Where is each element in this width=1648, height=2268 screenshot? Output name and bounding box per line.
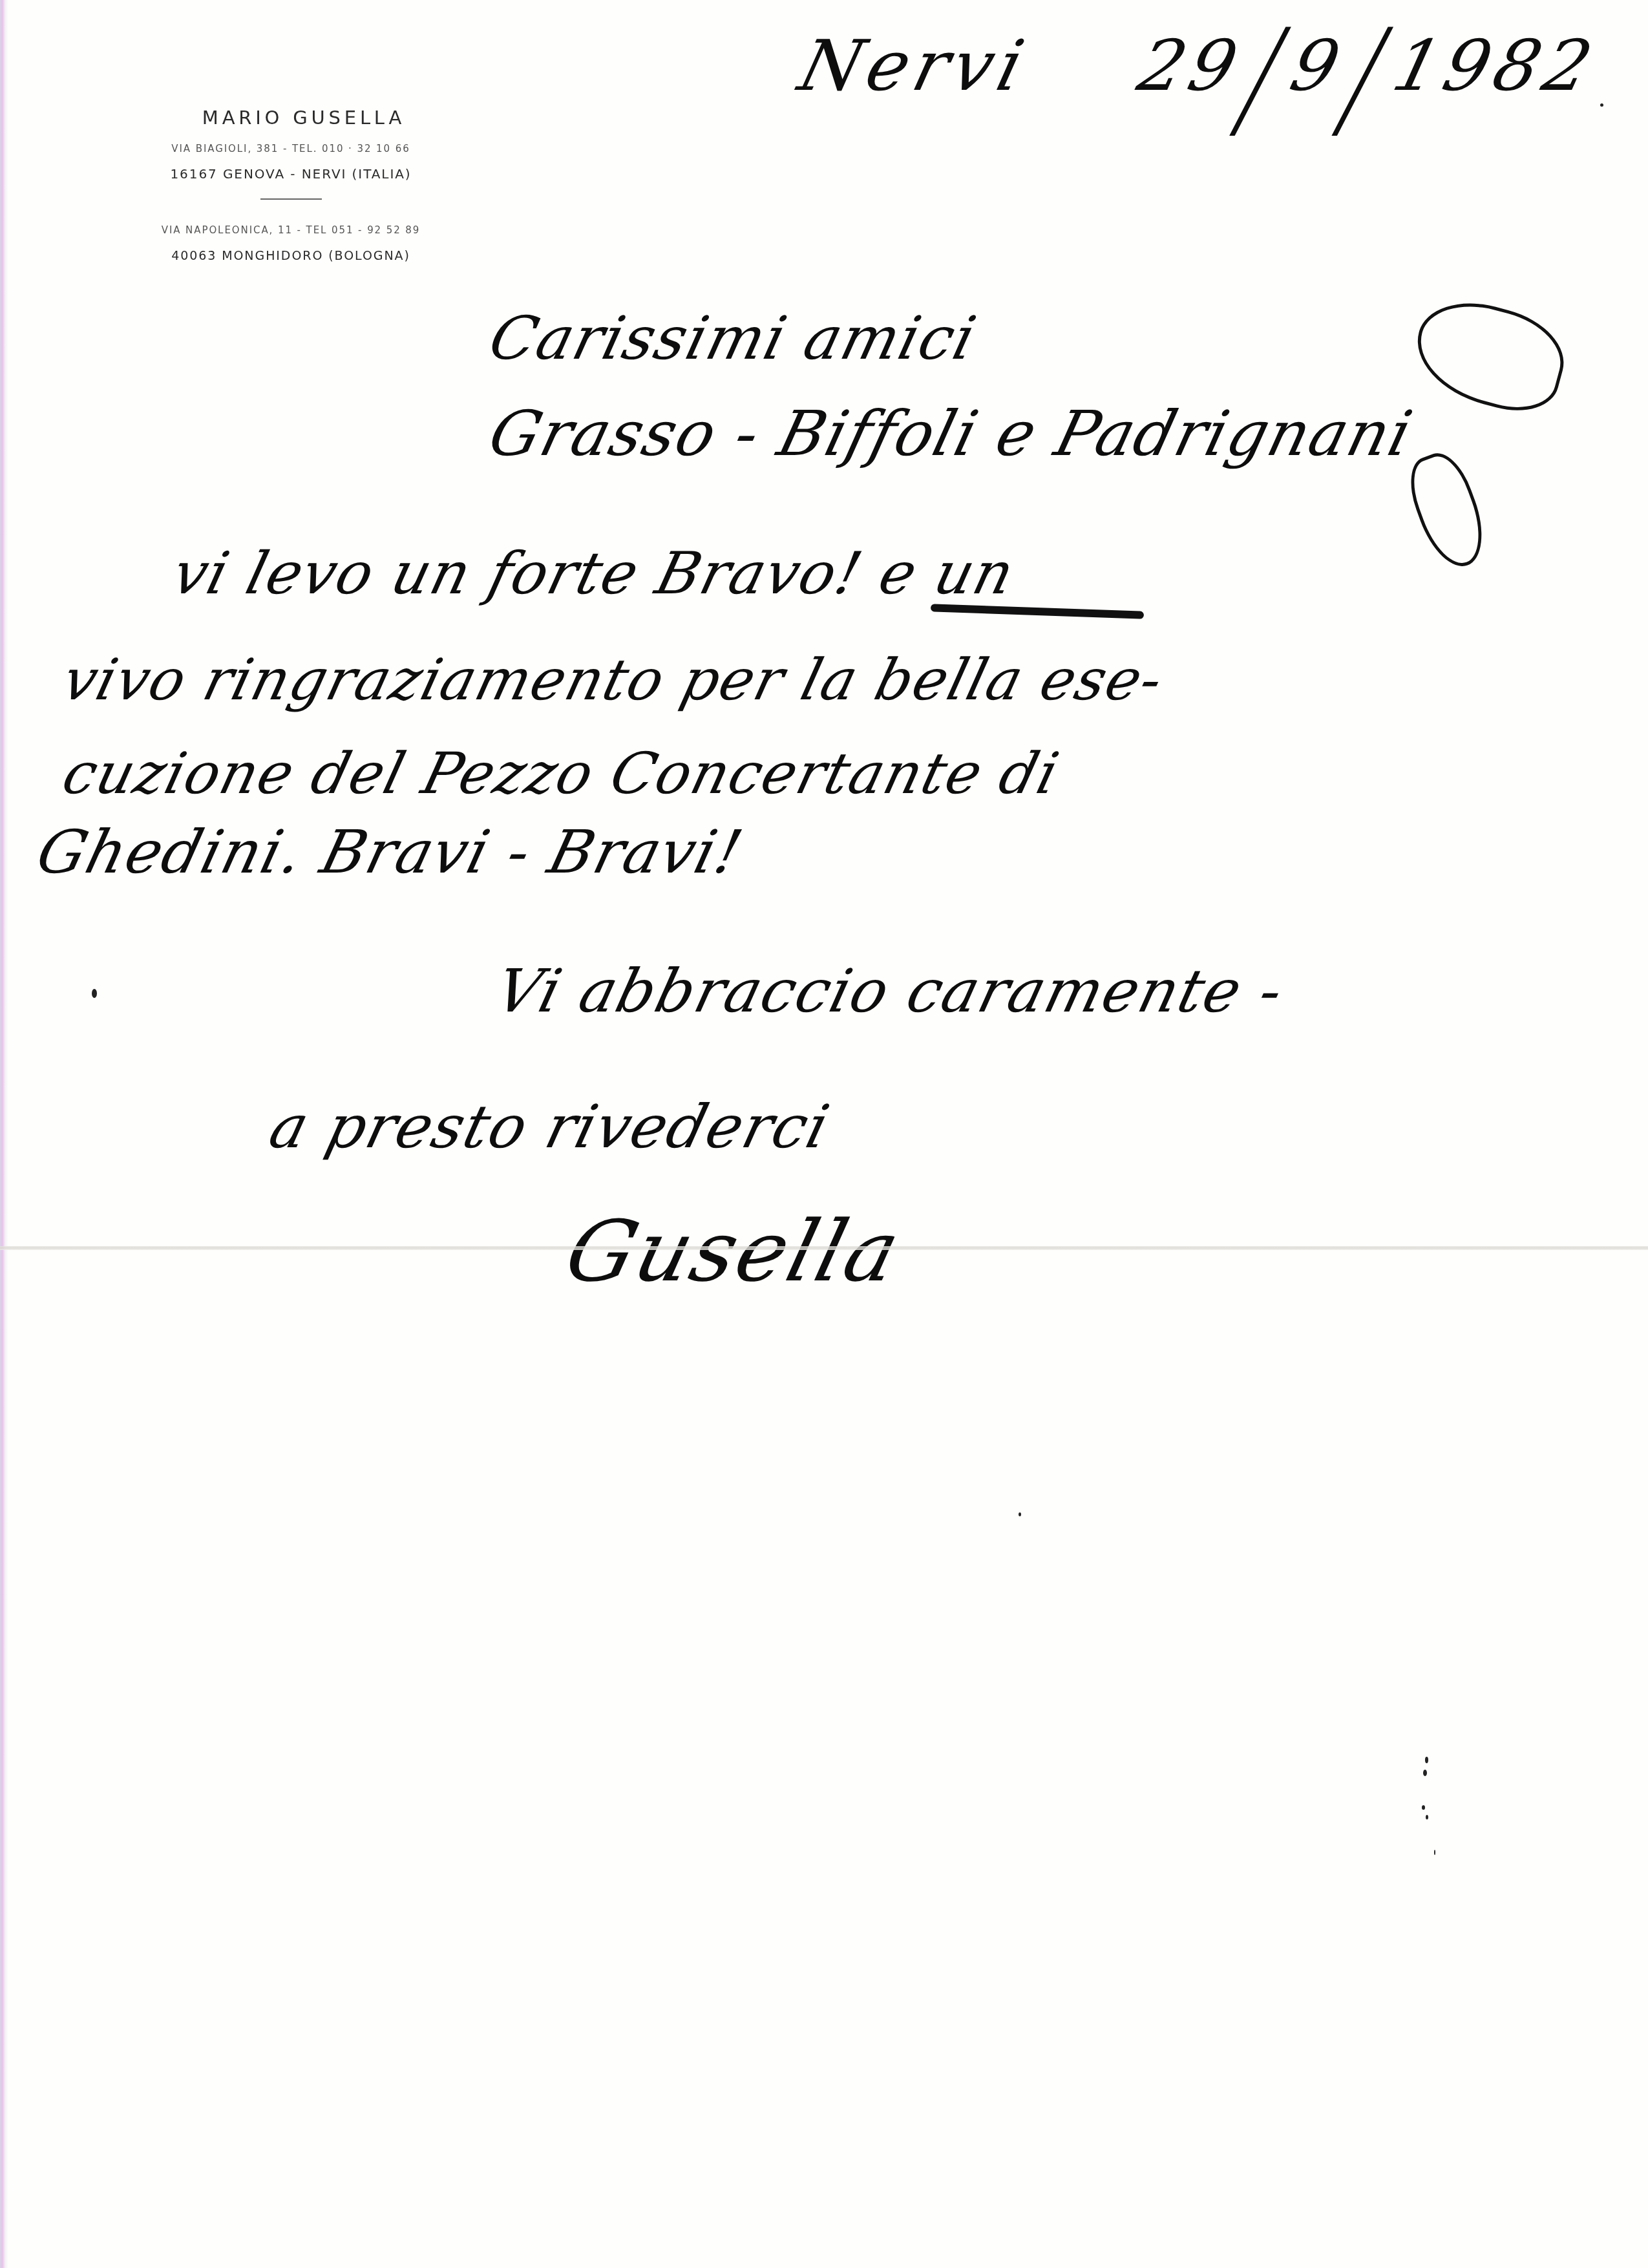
letterhead-city-monghidoro: 40063 MONGHIDORO (BOLOGNA) [97, 249, 485, 263]
paper-fold-crease [0, 1246, 1648, 1250]
body-line-4: vivo ringraziamento per la bella ese- [56, 646, 1170, 713]
closing-line-1: Vi abbraccio caramente - [489, 957, 1291, 1026]
body-line-6: Ghedini. Bravi - Bravi! [30, 818, 750, 887]
letterhead-divider [260, 198, 322, 200]
date-month: 9 [1283, 26, 1353, 107]
signature: Gusella [556, 1202, 911, 1300]
ink-speck [1600, 103, 1603, 107]
body-line-3: vi levo un forte Bravo! e un [166, 540, 1022, 608]
ink-speck [1425, 1757, 1428, 1763]
body-line-5: cuzione del Pezzo Concertante di [56, 740, 1066, 807]
letterhead-address-monghidoro: VIA NAPOLEONICA, 11 - TEL 051 - 92 52 89 [97, 224, 485, 236]
ink-speck [1434, 1850, 1435, 1855]
descender-loop-flourish [1400, 446, 1495, 575]
ink-speck [1423, 1770, 1427, 1776]
closing-line-2: a presto rivederci [263, 1092, 837, 1161]
date-slash: / [1230, 2, 1297, 156]
addressees: Grasso - Biffoli e Padrignani [482, 397, 1420, 470]
salutation: Carissimi amici [483, 304, 984, 373]
scan-edge-artifact [0, 0, 8, 2268]
bravo-underline [931, 604, 1144, 619]
letter-p-flourish [1406, 290, 1574, 421]
letterhead: MARIO GUSELLA VIA BIAGIOLI, 381 - TEL. 0… [97, 107, 485, 263]
ink-speck [92, 989, 97, 998]
date-year: 1982 [1385, 26, 1605, 107]
ink-speck [1019, 1512, 1021, 1516]
letter-date: Nervi 29/9/1982 [791, 26, 1605, 107]
date-place: Nervi [791, 26, 1037, 107]
date-day: 29 [1130, 26, 1251, 107]
date-slash: / [1333, 2, 1400, 156]
ink-speck [1422, 1805, 1425, 1810]
ink-speck [1426, 1815, 1428, 1819]
letterhead-city-genova: 16167 GENOVA - NERVI (ITALIA) [97, 166, 485, 182]
letterhead-name: MARIO GUSELLA [123, 107, 485, 129]
letterhead-address-genova: VIA BIAGIOLI, 381 - TEL. 010 · 32 10 66 [97, 143, 485, 154]
